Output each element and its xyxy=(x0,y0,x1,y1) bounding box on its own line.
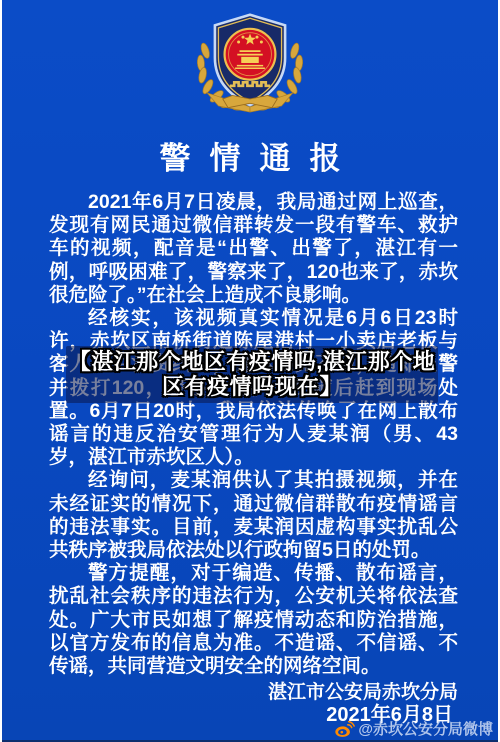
paragraph-4: 警方提醒，对于编造、传播、散布谣言，扰乱社会秩序的违法行为，公安机关将依法查处。… xyxy=(49,562,458,678)
paragraph-1: 2021年6月7日凌晨，我局通过网上巡查，发现有网民通过微信群转发一段有警车、救… xyxy=(49,191,458,307)
police-badge-icon xyxy=(193,7,307,119)
police-notice-poster: 警情通报 2021年6月7日凌晨，我局通过网上巡查，发现有网民通过微信群转发一段… xyxy=(2,0,498,742)
notice-body: 2021年6月7日凌晨，我局通过网上巡查，发现有网民通过微信群转发一段有警车、救… xyxy=(49,191,458,678)
weibo-icon xyxy=(334,720,355,738)
weibo-watermark: @赤坎公安分局微博 xyxy=(334,718,493,739)
watermark-handle: @赤坎公安分局微博 xyxy=(358,718,493,739)
notice-title: 警情通报 xyxy=(2,133,498,178)
paragraph-3: 经询问，麦某润供认了其拍摄视频，并在未经证实的情况下，通过微信群散布疫情谣言的违… xyxy=(49,469,458,562)
overlay-caption: 【湛江那个地区有疫情吗,湛江那个地 区有疫情吗现在】 xyxy=(66,346,438,403)
notice-image: 警情通报 2021年6月7日凌晨，我局通过网上巡查，发现有网民通过微信群转发一段… xyxy=(0,0,500,742)
overlay-caption-line-1: 【湛江那个地区有疫情吗,湛江那个地 xyxy=(68,349,436,374)
signature-org: 湛江市公安局赤坎分局 xyxy=(268,681,458,704)
overlay-caption-line-2: 区有疫情吗现在】 xyxy=(68,374,436,399)
